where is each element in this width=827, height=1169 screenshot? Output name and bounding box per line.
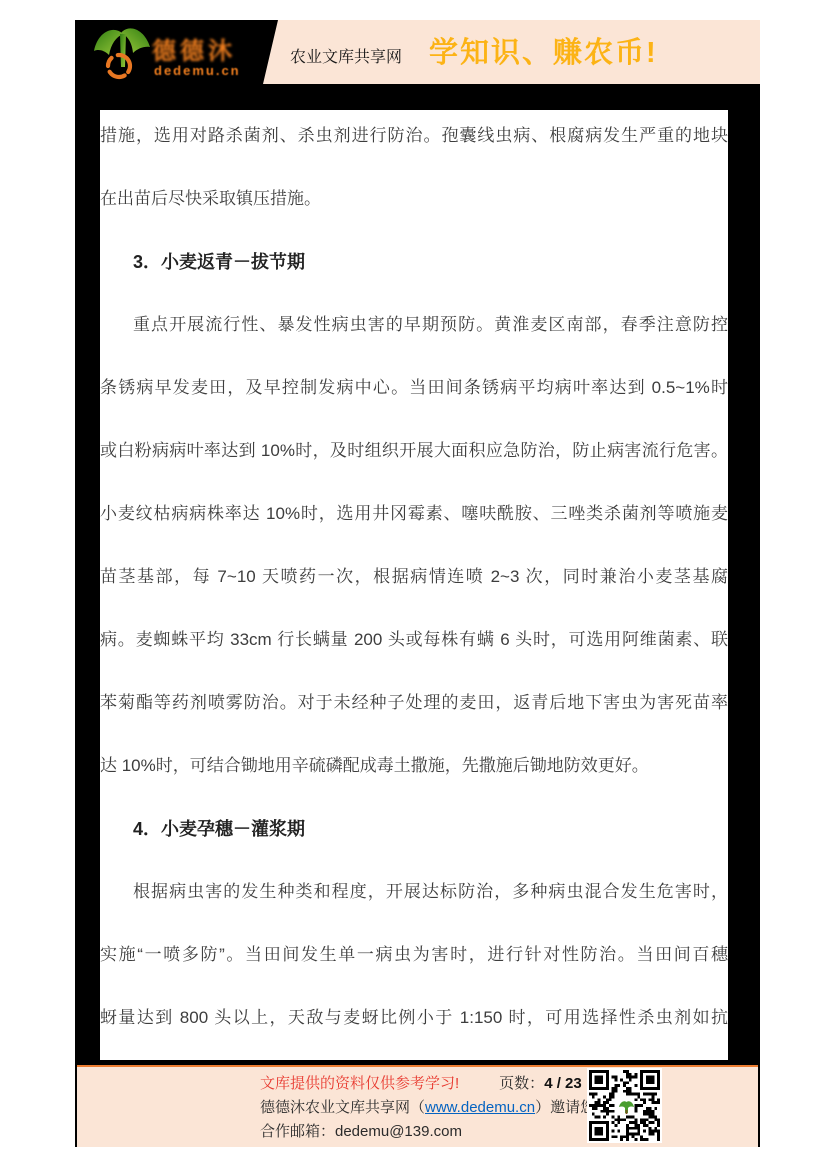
body-line: 达 10%时，可结合锄地用辛硫磷配成毒土撒施，先撒施后锄地防效更好。 [100, 752, 728, 780]
disclaimer-text: 文库提供的资料仅供参考学习! [260, 1075, 459, 1092]
site-name: 农业文库共享网 [290, 44, 402, 67]
section-heading: 4．小麦孕穗－灌浆期 [100, 815, 728, 843]
body-line: 重点开展流行性、暴发性病虫害的早期预防。黄淮麦区南部，春季注意防控 [100, 311, 728, 339]
body-line: 苗茎基部，每 7~10 天喷药一次，根据病情连喷 2~3 次，同时兼治小麦茎基腐 [100, 563, 728, 591]
logo-domain-text: dedemu.cn [154, 63, 241, 78]
body-line: 小麦纹枯病病株率达 10%时，选用井冈霉素、噻呋酰胺、三唑类杀菌剂等喷施麦 [100, 500, 728, 528]
qr-code [587, 1068, 662, 1143]
body-line: 在出苗后尽快采取镇压措施。 [100, 185, 728, 213]
section-heading: 3．小麦返青－拔节期 [100, 248, 728, 276]
body-line: 根据病虫害的发生种类和程度，开展达标防治，多种病虫混合发生危害时， [100, 878, 728, 906]
site-link[interactable]: www.dedemu.cn [425, 1099, 535, 1116]
body-line: 条锈病早发麦田，及早控制发病中心。当田间条锈病平均病叶率达到 0.5~1%时 [100, 374, 728, 402]
footer-text-block: 文库提供的资料仅供参考学习!页数：4 / 23 德德沐农业文库共享网（www.d… [260, 1072, 639, 1144]
qr-tree-icon [617, 1098, 636, 1117]
document-page: 措施，选用对路杀菌剂、杀虫剂进行防治。孢囊线虫病、根腐病发生严重的地块 在出苗后… [100, 110, 728, 1060]
body-line: 蚜量达到 800 头以上，天敌与麦蚜比例小于 1:150 时，可用选择性杀虫剂如… [100, 1004, 728, 1032]
footer-row-2: 德德沐农业文库共享网（www.dedemu.cn）邀请您加入☞ [260, 1096, 639, 1120]
site-line-prefix: 德德沐农业文库共享网（ [260, 1099, 425, 1116]
body-line: 措施，选用对路杀菌剂、杀虫剂进行防治。孢囊线虫病、根腐病发生严重的地块 [100, 122, 728, 150]
email-line: 合作邮箱：dedemu@139.com [260, 1123, 462, 1140]
site-logo: 德德沐 dedemu.cn [88, 23, 263, 83]
footer-row-1: 文库提供的资料仅供参考学习!页数：4 / 23 [260, 1072, 639, 1096]
body-line: 实施“一喷多防”。当田间发生单一病虫为害时，进行针对性防治。当田间百穗 [100, 941, 728, 969]
qr-center-logo [615, 1096, 634, 1115]
footer-row-3: 合作邮箱：dedemu@139.com [260, 1120, 639, 1144]
body-line: 病。麦蜘蛛平均 33cm 行长螨量 200 头或每株有螨 6 头时，可选用阿维菌… [100, 626, 728, 654]
pages-label: 页数： [499, 1075, 544, 1092]
body-line: 苯菊酯等药剂喷雾防治。对于未经种子处理的麦田，返青后地下害虫为害死苗率 [100, 689, 728, 717]
logo-brand-text: 德德沐 [152, 31, 236, 66]
page-number: 4 / 23 [544, 1075, 582, 1092]
body-line: 或白粉病病叶率达到 10%时，及时组织开展大面积应急防治，防止病害流行危害。 [100, 437, 728, 465]
header-slogan: 学知识、赚农币! [429, 30, 658, 71]
